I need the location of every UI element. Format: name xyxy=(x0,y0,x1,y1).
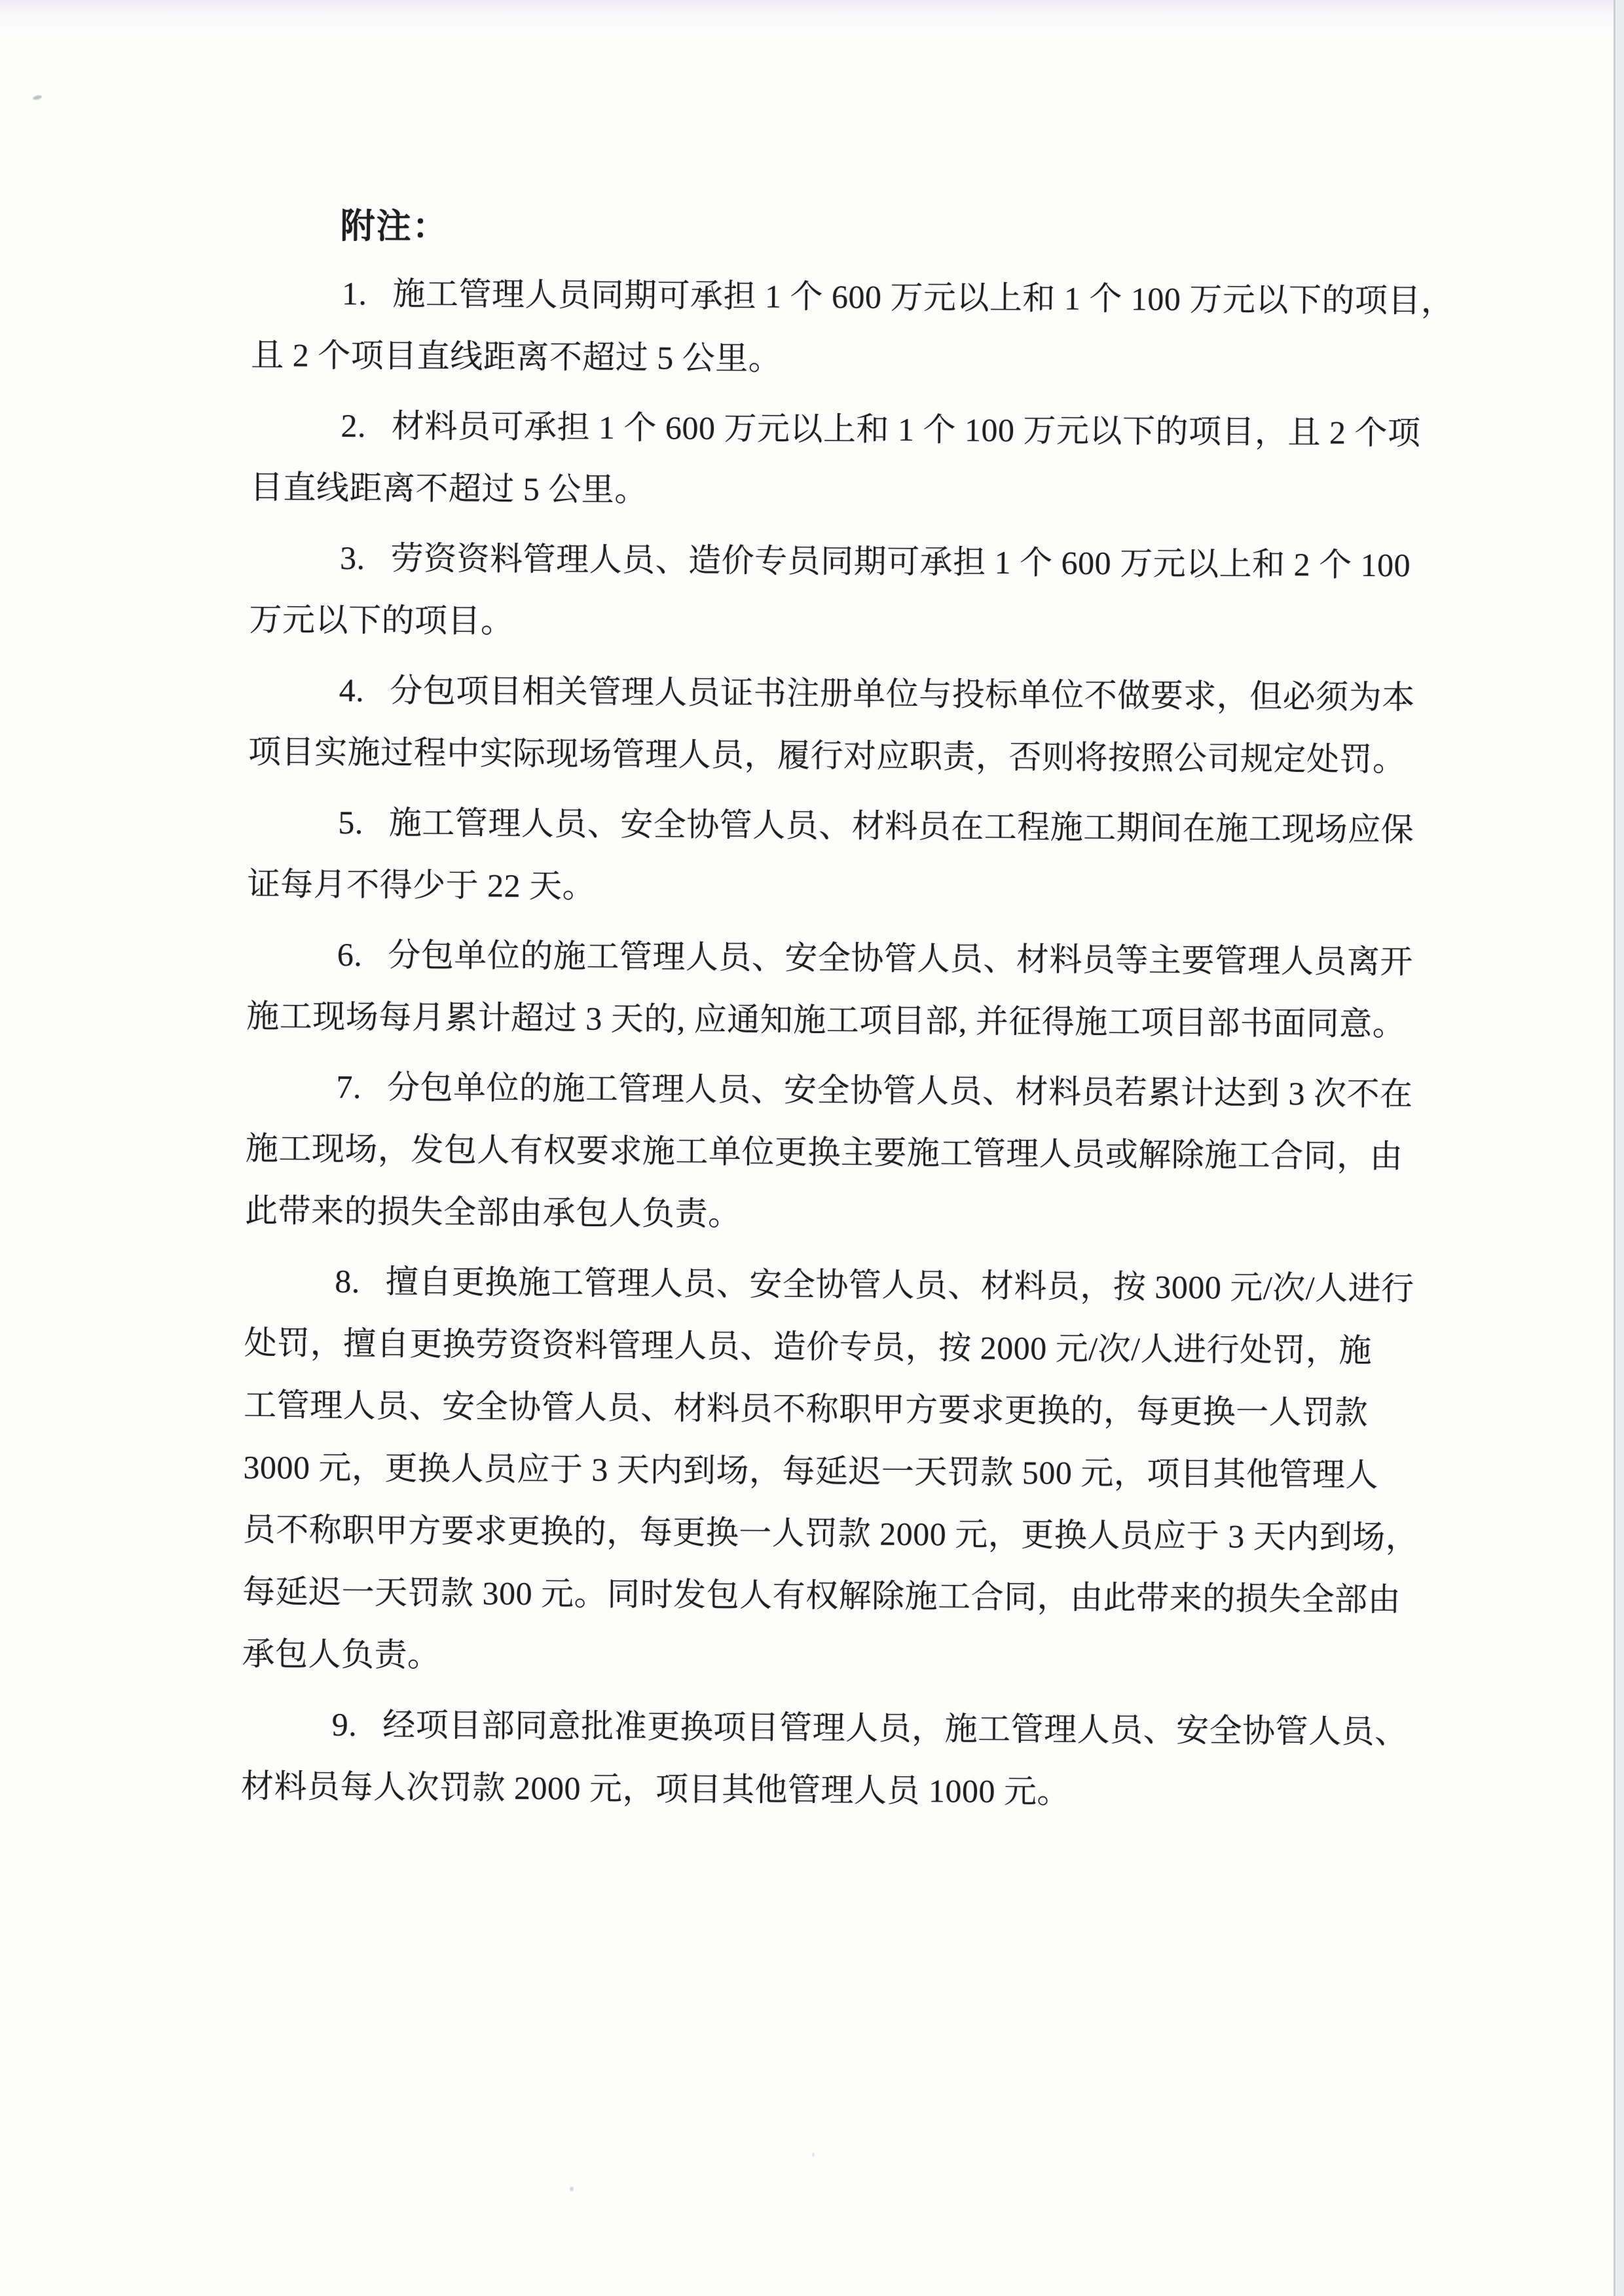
note-line: 此带来的损失全部由承包人负责。 xyxy=(245,1180,1418,1250)
note-line: 3000 元，更换人员应于 3 天内到场，每延迟一天罚款 500 元，项目其他管… xyxy=(243,1436,1416,1506)
notes-heading: 附注： xyxy=(251,195,1424,265)
note-line: 9. 经项目部同意批准更换项目管理人员，施工管理人员、安全协管人员、 xyxy=(241,1693,1414,1763)
note-item: 3. 劳资资料管理人员、造价专员同期可承担 1 个 600 万元以上和 2 个 … xyxy=(249,526,1422,659)
note-line: 7. 分包单位的施工管理人员、安全协管人员、材料员若累计达到 3 次不在 xyxy=(246,1055,1418,1125)
notes-list: 1. 施工管理人员同期可承担 1 个 600 万元以上和 1 个 100 万元以… xyxy=(241,262,1424,1825)
note-line: 每延迟一天罚款 300 元。同时发包人有权解除施工合同，由此带来的损失全部由 xyxy=(242,1561,1415,1631)
note-line: 4. 分包项目相关管理人员证书注册单位与投标单位不做要求，但必须为本 xyxy=(248,659,1421,729)
notes-section: 附注： 1. 施工管理人员同期可承担 1 个 600 万元以上和 1 个 100… xyxy=(241,195,1424,1825)
note-line: 工管理人员、安全协管人员、材料员不称职甲方要求更换的，每更换一人罚款 xyxy=(244,1374,1416,1444)
scan-speck xyxy=(32,94,42,100)
note-line: 万元以下的项目。 xyxy=(249,589,1422,659)
scanned-document-page: 附注： 1. 施工管理人员同期可承担 1 个 600 万元以上和 1 个 100… xyxy=(0,0,1624,2296)
note-line: 1. 施工管理人员同期可承担 1 个 600 万元以上和 1 个 100 万元以… xyxy=(251,262,1424,332)
note-line: 目直线距离不超过 5 公里。 xyxy=(250,456,1423,526)
scan-speck xyxy=(570,2187,574,2191)
page-right-edge xyxy=(1614,0,1624,2296)
note-line: 施工现场，发包人有权要求施工单位更换主要施工管理人员或解除施工合同，由 xyxy=(246,1118,1418,1188)
note-item: 9. 经项目部同意批准更换项目管理人员，施工管理人员、安全协管人员、材料员每人次… xyxy=(241,1693,1414,1825)
note-line: 员不称职甲方要求更换的，每更换一人罚款 2000 元，更换人员应于 3 天内到场… xyxy=(242,1499,1415,1569)
note-line: 6. 分包单位的施工管理人员、安全协管人员、材料员等主要管理人员离开 xyxy=(247,923,1420,993)
note-item: 7. 分包单位的施工管理人员、安全协管人员、材料员若累计达到 3 次不在施工现场… xyxy=(245,1055,1418,1250)
note-item: 1. 施工管理人员同期可承担 1 个 600 万元以上和 1 个 100 万元以… xyxy=(251,262,1424,394)
note-line: 且 2 个项目直线距离不超过 5 公里。 xyxy=(251,324,1424,394)
note-line: 处罚，擅自更换劳资资料管理人员、造价专员，按 2000 元/次/人进行处罚，施 xyxy=(244,1312,1416,1382)
note-line: 3. 劳资资料管理人员、造价专员同期可承担 1 个 600 万元以上和 2 个 … xyxy=(249,526,1422,596)
note-line: 材料员每人次罚款 2000 元，项目其他管理人员 1000 元。 xyxy=(241,1755,1414,1825)
note-item: 2. 材料员可承担 1 个 600 万元以上和 1 个 100 万元以下的项目，… xyxy=(250,394,1423,526)
note-line: 施工现场每月累计超过 3 天的, 应通知施工项目部, 并征得施工项目部书面同意。 xyxy=(246,985,1419,1055)
note-line: 证每月不得少于 22 天。 xyxy=(247,853,1420,923)
note-line: 承包人负责。 xyxy=(242,1623,1414,1693)
note-item: 8. 擅自更换施工管理人员、安全协管人员、材料员，按 3000 元/次/人进行处… xyxy=(242,1250,1417,1693)
note-line: 5. 施工管理人员、安全协管人员、材料员在工程施工期间在施工现场应保 xyxy=(248,791,1420,861)
note-item: 6. 分包单位的施工管理人员、安全协管人员、材料员等主要管理人员离开施工现场每月… xyxy=(246,923,1419,1055)
scan-top-tint xyxy=(0,0,1624,35)
note-item: 4. 分包项目相关管理人员证书注册单位与投标单位不做要求，但必须为本项目实施过程… xyxy=(248,659,1421,791)
note-line: 项目实施过程中实际现场管理人员，履行对应职责，否则将按照公司规定处罚。 xyxy=(248,721,1421,791)
note-line: 8. 擅自更换施工管理人员、安全协管人员、材料员，按 3000 元/次/人进行 xyxy=(244,1250,1417,1320)
note-item: 5. 施工管理人员、安全协管人员、材料员在工程施工期间在施工现场应保证每月不得少… xyxy=(247,791,1420,923)
scan-speck xyxy=(812,2153,815,2157)
note-line: 2. 材料员可承担 1 个 600 万元以上和 1 个 100 万元以下的项目，… xyxy=(250,394,1423,464)
